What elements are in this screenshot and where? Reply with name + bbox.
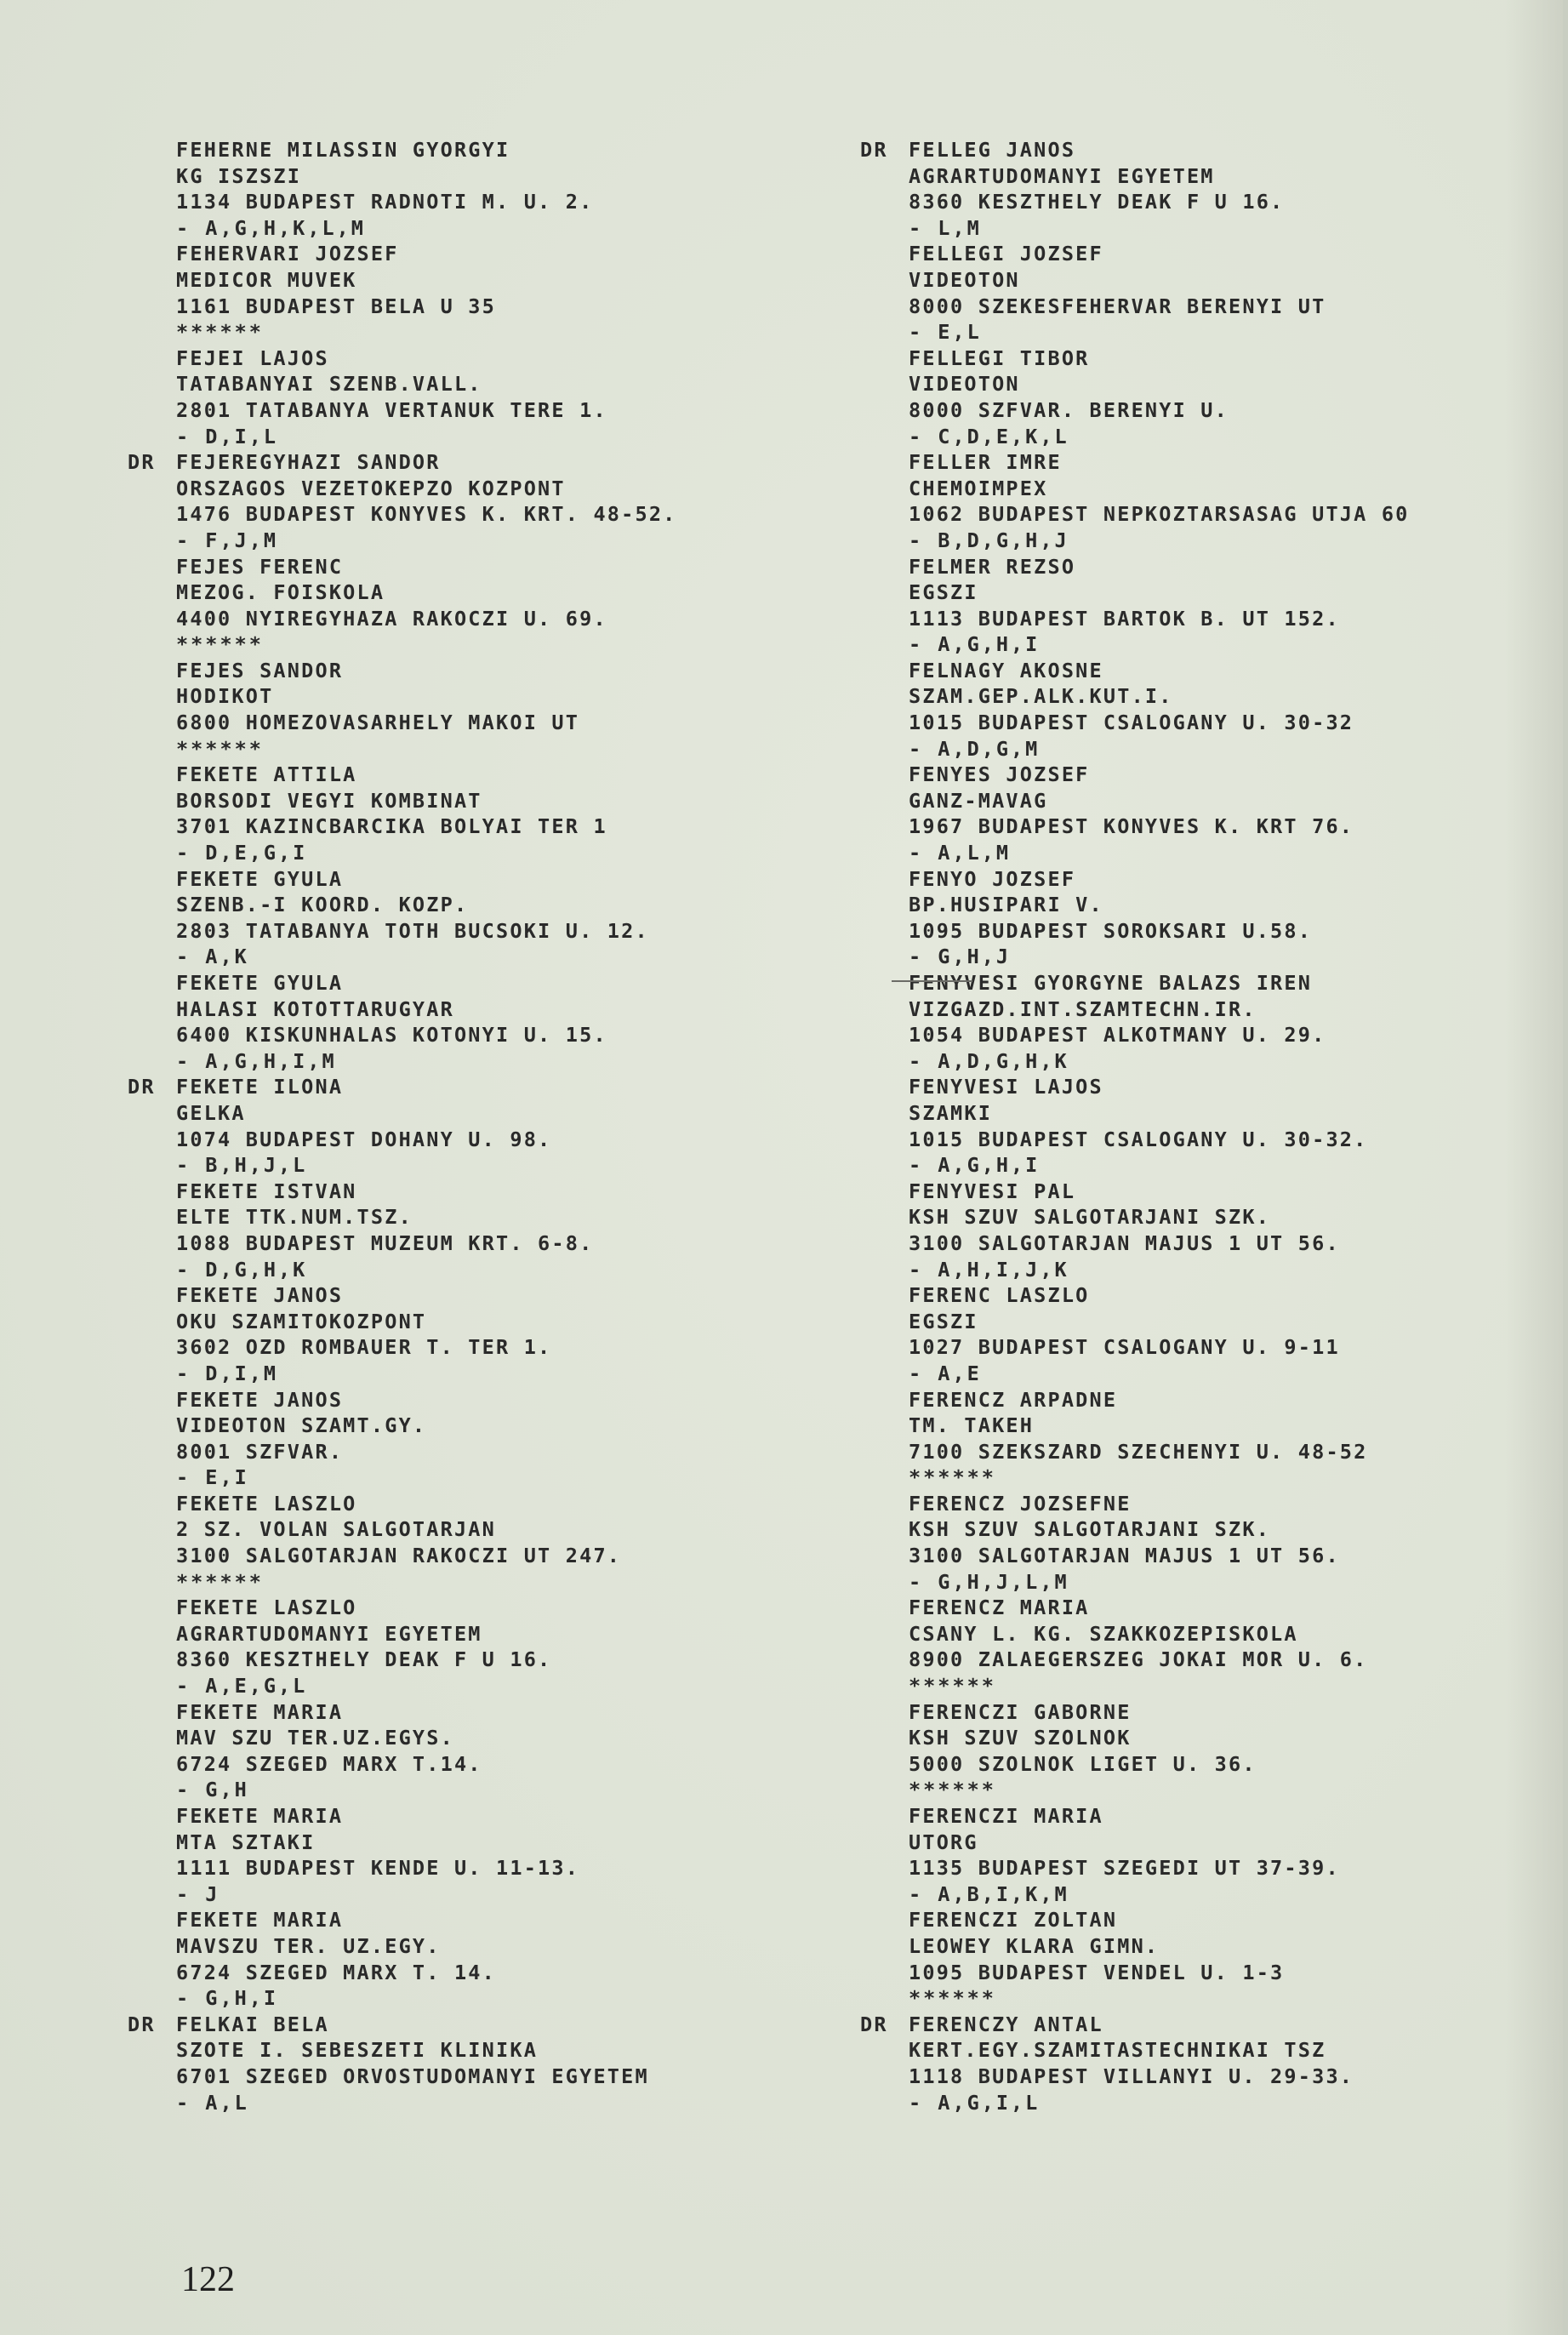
directory-entry: FEKETE LASZLO2 SZ. VOLAN SALGOTARJAN3100…: [128, 1491, 677, 1595]
entry-address: 1111 BUDAPEST KENDE U. 11-13.: [176, 1856, 579, 1880]
entry-address: 1027 BUDAPEST CSALOGANY U. 9-11: [909, 1335, 1340, 1359]
title-prefix: DR: [128, 1074, 176, 1100]
entry-line-codes: - A,B,I,K,M: [860, 1881, 1410, 1908]
entry-name: FERENCZ ARPADNE: [909, 1388, 1117, 1412]
entry-line-address: 1118 BUDAPEST VILLANYI U. 29-33.: [860, 2064, 1410, 2090]
entry-line-address: 1161 BUDAPEST BELA U 35: [128, 294, 677, 320]
entry-address: 1074 BUDAPEST DOHANY U. 98.: [176, 1128, 551, 1151]
entry-address: 1088 BUDAPEST MUZEUM KRT. 6-8.: [176, 1231, 593, 1255]
entry-codes: ******: [909, 1465, 996, 1489]
entry-codes: - A,G,H,K,L,M: [176, 216, 366, 240]
directory-entry: DRFERENCZY ANTALKERT.EGY.SZAMITASTECHNIK…: [860, 2012, 1410, 2115]
entry-line-address: 3100 SALGOTARJAN RAKOCZI UT 247.: [128, 1543, 677, 1569]
entry-name: FERENCZ MARIA: [909, 1596, 1090, 1619]
entry-line-name: FEKETE JANOS: [128, 1387, 677, 1413]
entry-line-codes: ******: [128, 736, 677, 762]
entry-organization: 2 SZ. VOLAN SALGOTARJAN: [176, 1517, 496, 1541]
entry-line-codes: - F,J,M: [128, 528, 677, 554]
entry-line-codes: - A,K: [128, 944, 677, 970]
entry-codes: - L,M: [909, 216, 982, 240]
entry-line-address: 3701 KAZINCBARCIKA BOLYAI TER 1: [128, 814, 677, 840]
entry-name: FEKETE GYULA: [176, 867, 343, 891]
entry-line-name: FENYO JOZSEF: [860, 866, 1410, 893]
directory-entry: FEKETE GYULAHALASI KOTOTTARUGYAR6400 KIS…: [128, 970, 677, 1074]
entry-codes: ******: [176, 1570, 264, 1594]
entry-line-address: 1015 BUDAPEST CSALOGANY U. 30-32.: [860, 1127, 1410, 1153]
entry-line-organization: EGSZI: [860, 579, 1410, 606]
entry-organization: MAVSZU TER. UZ.EGY.: [176, 1934, 441, 1958]
entry-organization: TATABANYAI SZENB.VALL.: [176, 372, 482, 396]
entry-name: FEKETE JANOS: [176, 1388, 343, 1412]
entry-organization: OKU SZAMITOKOZPONT: [176, 1310, 426, 1333]
entry-address: 4400 NYIREGYHAZA RAKOCZI U. 69.: [176, 607, 607, 631]
entry-line-address: 6701 SZEGED ORVOSTUDOMANYI EGYETEM: [128, 2064, 677, 2090]
entry-organization: GANZ-MAVAG: [909, 789, 1047, 813]
entry-organization: ORSZAGOS VEZETOKEPZO KOZPONT: [176, 477, 566, 500]
directory-column-left: FEHERNE MILASSIN GYORGYIKG ISZSZI1134 BU…: [128, 137, 677, 2115]
entry-organization: MAV SZU TER.UZ.EGYS.: [176, 1726, 454, 1750]
entry-organization: SZOTE I. SEBESZETI KLINIKA: [176, 2038, 538, 2062]
entry-address: 8000 SZFVAR. BERENYI U.: [909, 398, 1229, 422]
entry-organization: VIDEOTON: [909, 268, 1020, 292]
entry-line-address: 7100 SZEKSZARD SZECHENYI U. 48-52: [860, 1439, 1410, 1465]
entry-line-codes: - B,D,G,H,J: [860, 528, 1410, 554]
entry-line-address: 1027 BUDAPEST CSALOGANY U. 9-11: [860, 1334, 1410, 1361]
entry-line-organization: ORSZAGOS VEZETOKEPZO KOZPONT: [128, 476, 677, 502]
entry-address: 1135 BUDAPEST SZEGEDI UT 37-39.: [909, 1856, 1340, 1880]
entry-codes: - A,G,H,I,M: [176, 1049, 337, 1073]
entry-name: FERENC LASZLO: [909, 1283, 1090, 1307]
directory-entry: FEKETE GYULASZENB.-I KOORD. KOZP.2803 TA…: [128, 866, 677, 970]
entry-line-codes: - G,H: [128, 1777, 677, 1803]
entry-line-name: FELLEGI JOZSEF: [860, 241, 1410, 267]
title-prefix: DR: [860, 2012, 909, 2038]
directory-entry: FEKETE MARIAMAV SZU TER.UZ.EGYS.6724 SZE…: [128, 1699, 677, 1803]
entry-line-name: DRFERENCZY ANTAL: [860, 2012, 1410, 2038]
entry-line-organization: OKU SZAMITOKOZPONT: [128, 1309, 677, 1335]
entry-line-codes: - A,D,G,H,K: [860, 1048, 1410, 1075]
entry-line-codes: - A,G,H,I,M: [128, 1048, 677, 1075]
entry-line-address: 1015 BUDAPEST CSALOGANY U. 30-32: [860, 710, 1410, 736]
directory-entry: FELNAGY AKOSNESZAM.GEP.ALK.KUT.I.1015 BU…: [860, 658, 1410, 762]
entry-line-name: DRFELLEG JANOS: [860, 137, 1410, 163]
entry-organization: BORSODI VEGYI KOMBINAT: [176, 789, 482, 813]
entry-codes: - A,G,H,I: [909, 1153, 1040, 1177]
entry-organization: MEZOG. FOISKOLA: [176, 580, 385, 604]
entry-organization: KSH SZUV SALGOTARJANI SZK.: [909, 1517, 1270, 1541]
entry-address: 1062 BUDAPEST NEPKOZTARSASAG UTJA 60: [909, 502, 1410, 526]
entry-codes: - C,D,E,K,L: [909, 425, 1069, 448]
entry-name: FERENCZ JOZSEFNE: [909, 1492, 1132, 1516]
entry-address: 2801 TATABANYA VERTANUK TERE 1.: [176, 398, 607, 422]
directory-entry: FERENCZ ARPADNETM. TAKEH7100 SZEKSZARD S…: [860, 1387, 1410, 1491]
entry-line-name: FENYVESI GYORGYNE BALAZS IREN: [860, 970, 1410, 996]
entry-line-name: FEHERNE MILASSIN GYORGYI: [128, 137, 677, 163]
entry-address: 1476 BUDAPEST KONYVES K. KRT. 48-52.: [176, 502, 677, 526]
entry-codes: - D,G,H,K: [176, 1258, 307, 1282]
directory-entry: FENYVESI GYORGYNE BALAZS IRENVIZGAZD.INT…: [860, 970, 1410, 1074]
entry-organization: SZAM.GEP.ALK.KUT.I.: [909, 684, 1173, 708]
entry-codes: - F,J,M: [176, 528, 278, 552]
entry-address: 1015 BUDAPEST CSALOGANY U. 30-32: [909, 711, 1354, 734]
entry-address: 5000 SZOLNOK LIGET U. 36.: [909, 1752, 1257, 1776]
entry-line-address: 1111 BUDAPEST KENDE U. 11-13.: [128, 1855, 677, 1881]
entry-line-name: DRFEJEREGYHAZI SANDOR: [128, 449, 677, 476]
entry-name: FEKETE ILONA: [176, 1075, 343, 1099]
entry-line-name: FEKETE LASZLO: [128, 1595, 677, 1621]
entry-address: 7100 SZEKSZARD SZECHENYI U. 48-52: [909, 1440, 1368, 1464]
entry-line-organization: KSH SZUV SALGOTARJANI SZK.: [860, 1516, 1410, 1543]
entry-line-organization: MAVSZU TER. UZ.EGY.: [128, 1933, 677, 1960]
entry-line-address: 1088 BUDAPEST MUZEUM KRT. 6-8.: [128, 1230, 677, 1257]
entry-line-organization: LEOWEY KLARA GIMN.: [860, 1933, 1410, 1960]
entry-organization: HODIKOT: [176, 684, 273, 708]
entry-address: 1161 BUDAPEST BELA U 35: [176, 294, 496, 318]
entry-name: FEKETE LASZLO: [176, 1596, 357, 1619]
entry-line-name: FENYVESI PAL: [860, 1179, 1410, 1205]
entry-organization: AGRARTUDOMANYI EGYETEM: [176, 1622, 482, 1646]
entry-line-codes: - A,E: [860, 1361, 1410, 1387]
entry-line-organization: VIDEOTON SZAMT.GY.: [128, 1413, 677, 1439]
entry-organization: TM. TAKEH: [909, 1413, 1034, 1437]
entry-line-address: 1134 BUDAPEST RADNOTI M. U. 2.: [128, 189, 677, 215]
entry-line-address: 6800 HOMEZOVASARHELY MAKOI UT: [128, 710, 677, 736]
entry-codes: - A,L,M: [909, 841, 1011, 865]
entry-name: FERENCZI ZOLTAN: [909, 1908, 1117, 1932]
entry-line-organization: KG ISZSZI: [128, 163, 677, 190]
entry-line-organization: VIZGAZD.INT.SZAMTECHN.IR.: [860, 996, 1410, 1023]
title-prefix: DR: [128, 449, 176, 476]
entry-line-name: FELNAGY AKOSNE: [860, 658, 1410, 684]
entry-organization: EGSZI: [909, 1310, 978, 1333]
entry-line-codes: ******: [860, 1464, 1410, 1491]
entry-line-address: 2801 TATABANYA VERTANUK TERE 1.: [128, 397, 677, 424]
directory-entry: FERENCZI ZOLTANLEOWEY KLARA GIMN.1095 BU…: [860, 1907, 1410, 2011]
entry-line-codes: - B,H,J,L: [128, 1152, 677, 1179]
entry-line-name: FENYES JOZSEF: [860, 762, 1410, 788]
entry-name: FELLER IMRE: [909, 450, 1062, 474]
entry-name: FELNAGY AKOSNE: [909, 659, 1103, 682]
entry-line-name: FEKETE ATTILA: [128, 762, 677, 788]
entry-line-organization: KSH SZUV SZOLNOK: [860, 1725, 1410, 1751]
entry-organization: SZAMKI: [909, 1101, 992, 1125]
entry-line-address: 4400 NYIREGYHAZA RAKOCZI U. 69.: [128, 606, 677, 632]
entry-address: 2803 TATABANYA TOTH BUCSOKI U. 12.: [176, 919, 649, 943]
directory-entry: FEHERNE MILASSIN GYORGYIKG ISZSZI1134 BU…: [128, 137, 677, 241]
entry-organization: BP.HUSIPARI V.: [909, 893, 1103, 916]
entry-name: FEKETE MARIA: [176, 1804, 343, 1828]
entry-organization: MTA SZTAKI: [176, 1830, 315, 1854]
entry-codes: - G,H: [176, 1778, 249, 1801]
entry-line-codes: - A,G,I,L: [860, 2090, 1410, 2116]
entry-address: 3100 SALGOTARJAN MAJUS 1 UT 56.: [909, 1231, 1340, 1255]
entry-line-organization: SZENB.-I KOORD. KOZP.: [128, 892, 677, 918]
entry-line-organization: AGRARTUDOMANYI EGYETEM: [860, 163, 1410, 190]
entry-line-address: 1074 BUDAPEST DOHANY U. 98.: [128, 1127, 677, 1153]
entry-codes: - J: [176, 1882, 220, 1906]
directory-entry: FELLER IMRECHEMOIMPEX1062 BUDAPEST NEPKO…: [860, 449, 1410, 553]
entry-line-name: FERENC LASZLO: [860, 1282, 1410, 1309]
entry-line-organization: HODIKOT: [128, 683, 677, 710]
entry-codes: - A,H,I,J,K: [909, 1258, 1069, 1282]
entry-address: 8001 SZFVAR.: [176, 1440, 343, 1464]
entry-line-codes: - G,H,J: [860, 944, 1410, 970]
entry-line-organization: KERT.EGY.SZAMITASTECHNIKAI TSZ: [860, 2037, 1410, 2064]
directory-entry: FEJES SANDORHODIKOT6800 HOMEZOVASARHELY …: [128, 658, 677, 762]
directory-entry: FELLEGI TIBORVIDEOTON8000 SZFVAR. BERENY…: [860, 345, 1410, 449]
entry-codes: - A,E: [909, 1362, 982, 1385]
entry-line-address: 8000 SZFVAR. BERENYI U.: [860, 397, 1410, 424]
entry-address: 6800 HOMEZOVASARHELY MAKOI UT: [176, 711, 579, 734]
entry-line-address: 6400 KISKUNHALAS KOTONYI U. 15.: [128, 1022, 677, 1048]
entry-line-organization: ELTE TTK.NUM.TSZ.: [128, 1204, 677, 1230]
entry-line-organization: MTA SZTAKI: [128, 1830, 677, 1856]
directory-entry: FERENCZI MARIAUTORG1135 BUDAPEST SZEGEDI…: [860, 1803, 1410, 1907]
entry-codes: - A,G,I,L: [909, 2091, 1040, 2115]
entry-line-organization: CSANY L. KG. SZAKKOZEPISKOLA: [860, 1621, 1410, 1647]
entry-line-codes: - J: [128, 1881, 677, 1908]
entry-name: FENYVESI LAJOS: [909, 1075, 1103, 1099]
entry-name: FELLEGI TIBOR: [909, 346, 1090, 370]
entry-codes: - A,G,H,I: [909, 632, 1040, 656]
entry-codes: ******: [909, 1674, 996, 1698]
entry-name: FEKETE MARIA: [176, 1700, 343, 1724]
entry-line-address: 8360 KESZTHELY DEAK F U 16.: [128, 1647, 677, 1673]
entry-line-address: 1054 BUDAPEST ALKOTMANY U. 29.: [860, 1022, 1410, 1048]
entry-line-address: 5000 SZOLNOK LIGET U. 36.: [860, 1751, 1410, 1778]
entry-codes: - G,H,I: [176, 1986, 278, 2010]
directory-entry: DRFEKETE ILONAGELKA1074 BUDAPEST DOHANY …: [128, 1074, 677, 1178]
entry-address: 1095 BUDAPEST SOROKSARI U.58.: [909, 919, 1312, 943]
entry-line-organization: GELKA: [128, 1100, 677, 1127]
entry-organization: ELTE TTK.NUM.TSZ.: [176, 1205, 413, 1229]
entry-address: 3602 OZD ROMBAUER T. TER 1.: [176, 1335, 551, 1359]
directory-entry: FEKETE MARIAMTA SZTAKI1111 BUDAPEST KEND…: [128, 1803, 677, 1907]
directory-entry: FEKETE ATTILABORSODI VEGYI KOMBINAT3701 …: [128, 762, 677, 865]
entry-codes: - A,D,G,H,K: [909, 1049, 1069, 1073]
entry-name: FENYES JOZSEF: [909, 762, 1090, 786]
entry-codes: - G,H,J,L,M: [909, 1570, 1069, 1594]
entry-line-organization: AGRARTUDOMANYI EGYETEM: [128, 1621, 677, 1647]
entry-name: FELLEGI JOZSEF: [909, 242, 1103, 265]
entry-line-organization: BP.HUSIPARI V.: [860, 892, 1410, 918]
entry-codes: - A,K: [176, 945, 249, 968]
entry-organization: UTORG: [909, 1830, 978, 1854]
entry-line-codes: - A,H,I,J,K: [860, 1257, 1410, 1283]
entry-line-address: 6724 SZEGED MARX T.14.: [128, 1751, 677, 1778]
entry-line-name: DRFEKETE ILONA: [128, 1074, 677, 1100]
entry-line-codes: ******: [128, 631, 677, 658]
entry-organization: SZENB.-I KOORD. KOZP.: [176, 893, 468, 916]
entry-line-codes: - A,G,H,I: [860, 1152, 1410, 1179]
entry-line-name: FEKETE MARIA: [128, 1907, 677, 1933]
entry-line-address: 8900 ZALAEGERSZEG JOKAI MOR U. 6.: [860, 1647, 1410, 1673]
entry-codes: - A,D,G,M: [909, 737, 1040, 761]
entry-line-name: FEHERVARI JOZSEF: [128, 241, 677, 267]
entry-codes: ******: [909, 1778, 996, 1801]
entry-organization: GELKA: [176, 1101, 246, 1125]
directory-entry: DRFEJEREGYHAZI SANDORORSZAGOS VEZETOKEPZ…: [128, 449, 677, 553]
entry-name: FENYVESI PAL: [909, 1179, 1075, 1203]
entry-address: 1134 BUDAPEST RADNOTI M. U. 2.: [176, 190, 593, 214]
page-edge-shadow: [1563, 0, 1568, 2335]
entry-line-organization: GANZ-MAVAG: [860, 788, 1410, 814]
directory-entry: FERENC LASZLOEGSZI1027 BUDAPEST CSALOGAN…: [860, 1282, 1410, 1386]
entry-codes: - A,L: [176, 2091, 249, 2115]
entry-line-name: FERENCZ ARPADNE: [860, 1387, 1410, 1413]
entry-line-address: 3100 SALGOTARJAN MAJUS 1 UT 56.: [860, 1543, 1410, 1569]
entry-address: 1095 BUDAPEST VENDEL U. 1-3: [909, 1961, 1284, 1984]
entry-line-codes: - D,E,G,I: [128, 840, 677, 866]
entry-line-organization: 2 SZ. VOLAN SALGOTARJAN: [128, 1516, 677, 1543]
entry-line-codes: - A,G,H,I: [860, 631, 1410, 658]
directory-entry: FERENCZ JOZSEFNEKSH SZUV SALGOTARJANI SZ…: [860, 1491, 1410, 1595]
entry-line-name: FEKETE MARIA: [128, 1699, 677, 1726]
entry-organization: VIZGAZD.INT.SZAMTECHN.IR.: [909, 997, 1257, 1021]
entry-line-address: 3100 SALGOTARJAN MAJUS 1 UT 56.: [860, 1230, 1410, 1257]
entry-line-name: FERENCZI GABORNE: [860, 1699, 1410, 1726]
entry-line-address: 8360 KESZTHELY DEAK F U 16.: [860, 189, 1410, 215]
entry-codes: - E,I: [176, 1465, 249, 1489]
entry-address: 3701 KAZINCBARCIKA BOLYAI TER 1: [176, 814, 607, 838]
pen-underline-mark: [892, 980, 972, 982]
entry-address: 6724 SZEGED MARX T. 14.: [176, 1961, 496, 1984]
entry-codes: ******: [176, 320, 264, 344]
entry-organization: KERT.EGY.SZAMITASTECHNIKAI TSZ: [909, 2038, 1326, 2062]
entry-address: 8360 KESZTHELY DEAK F U 16.: [909, 190, 1284, 214]
entry-name: FEHERVARI JOZSEF: [176, 242, 399, 265]
entry-line-address: 6724 SZEGED MARX T. 14.: [128, 1960, 677, 1986]
entry-line-codes: - C,D,E,K,L: [860, 424, 1410, 450]
entry-organization: KSH SZUV SZOLNOK: [909, 1726, 1132, 1750]
entry-line-organization: SZAM.GEP.ALK.KUT.I.: [860, 683, 1410, 710]
entry-address: 1054 BUDAPEST ALKOTMANY U. 29.: [909, 1023, 1326, 1047]
directory-entry: FERENCZ MARIACSANY L. KG. SZAKKOZEPISKOL…: [860, 1595, 1410, 1698]
entry-line-codes: - A,E,G,L: [128, 1673, 677, 1699]
directory-entry: DRFELLEG JANOSAGRARTUDOMANYI EGYETEM8360…: [860, 137, 1410, 241]
entry-name: FEKETE ISTVAN: [176, 1179, 357, 1203]
entry-organization: KSH SZUV SALGOTARJANI SZK.: [909, 1205, 1270, 1229]
entry-address: 1113 BUDAPEST BARTOK B. UT 152.: [909, 607, 1340, 631]
entry-line-name: DRFELKAI BELA: [128, 2012, 677, 2038]
entry-line-name: FELLER IMRE: [860, 449, 1410, 476]
entry-line-codes: ******: [128, 319, 677, 345]
entry-codes: ******: [176, 737, 264, 761]
entry-line-codes: - A,G,H,K,L,M: [128, 215, 677, 242]
entry-line-name: FEJEI LAJOS: [128, 345, 677, 372]
entry-address: 6701 SZEGED ORVOSTUDOMANYI EGYETEM: [176, 2064, 649, 2088]
entry-codes: ******: [909, 1986, 996, 2010]
entry-line-codes: - E,I: [128, 1464, 677, 1491]
entry-line-address: 1095 BUDAPEST VENDEL U. 1-3: [860, 1960, 1410, 1986]
entry-line-organization: HALASI KOTOTTARUGYAR: [128, 996, 677, 1023]
entry-line-codes: - E,L: [860, 319, 1410, 345]
entry-codes: - D,E,G,I: [176, 841, 307, 865]
entry-organization: KG ISZSZI: [176, 164, 301, 188]
entry-name: FEKETE LASZLO: [176, 1492, 357, 1516]
entry-line-codes: - G,H,I: [128, 1985, 677, 2012]
entry-line-address: 1113 BUDAPEST BARTOK B. UT 152.: [860, 606, 1410, 632]
entry-name: FERENCZI GABORNE: [909, 1700, 1132, 1724]
entry-address: 6724 SZEGED MARX T.14.: [176, 1752, 482, 1776]
entry-address: 3100 SALGOTARJAN MAJUS 1 UT 56.: [909, 1544, 1340, 1567]
entry-line-address: 3602 OZD ROMBAUER T. TER 1.: [128, 1334, 677, 1361]
entry-line-organization: MEDICOR MUVEK: [128, 267, 677, 294]
entry-line-name: FERENCZI MARIA: [860, 1803, 1410, 1830]
entry-line-name: FEJES SANDOR: [128, 658, 677, 684]
entry-line-organization: SZAMKI: [860, 1100, 1410, 1127]
entry-name: FERENCZY ANTAL: [909, 2012, 1103, 2036]
entry-line-codes: - A,L,M: [860, 840, 1410, 866]
directory-entry: FEKETE JANOSOKU SZAMITOKOZPONT3602 OZD R…: [128, 1282, 677, 1386]
entry-name: FERENCZI MARIA: [909, 1804, 1103, 1828]
entry-line-address: 1095 BUDAPEST SOROKSARI U.58.: [860, 918, 1410, 945]
entry-line-organization: UTORG: [860, 1830, 1410, 1856]
directory-entry: FEKETE JANOSVIDEOTON SZAMT.GY.8001 SZFVA…: [128, 1387, 677, 1491]
entry-line-organization: BORSODI VEGYI KOMBINAT: [128, 788, 677, 814]
entry-line-codes: - D,I,M: [128, 1361, 677, 1387]
entry-line-codes: ******: [860, 1985, 1410, 2012]
entry-line-organization: VIDEOTON: [860, 371, 1410, 397]
entry-line-organization: CHEMOIMPEX: [860, 476, 1410, 502]
directory-entry: FEKETE MARIAMAVSZU TER. UZ.EGY.6724 SZEG…: [128, 1907, 677, 2011]
entry-line-name: FERENCZ JOZSEFNE: [860, 1491, 1410, 1517]
entry-line-organization: EGSZI: [860, 1309, 1410, 1335]
entry-line-address: 1476 BUDAPEST KONYVES K. KRT. 48-52.: [128, 501, 677, 528]
entry-line-address: 8000 SZEKESFEHERVAR BERENYI UT: [860, 294, 1410, 320]
entry-organization: VIDEOTON: [909, 372, 1020, 396]
entry-line-name: FERENCZI ZOLTAN: [860, 1907, 1410, 1933]
directory-entry: FENYO JOZSEFBP.HUSIPARI V.1095 BUDAPEST …: [860, 866, 1410, 970]
entry-codes: - A,B,I,K,M: [909, 1882, 1069, 1906]
entry-name: FENYO JOZSEF: [909, 867, 1075, 891]
entry-organization: EGSZI: [909, 580, 978, 604]
directory-entry: DRFELKAI BELASZOTE I. SEBESZETI KLINIKA6…: [128, 2012, 677, 2115]
directory-entry: FEKETE LASZLOAGRARTUDOMANYI EGYETEM8360 …: [128, 1595, 677, 1698]
entry-line-address: 1967 BUDAPEST KONYVES K. KRT 76.: [860, 814, 1410, 840]
entry-codes: - B,D,G,H,J: [909, 528, 1069, 552]
entry-line-codes: - A,L: [128, 2090, 677, 2116]
entry-organization: VIDEOTON SZAMT.GY.: [176, 1413, 426, 1437]
entry-line-codes: - L,M: [860, 215, 1410, 242]
entry-codes: - A,E,G,L: [176, 1674, 307, 1698]
entry-codes: ******: [176, 632, 264, 656]
directory-entry: FENYVESI PALKSH SZUV SALGOTARJANI SZK.31…: [860, 1179, 1410, 1282]
entry-address: 1015 BUDAPEST CSALOGANY U. 30-32.: [909, 1128, 1368, 1151]
entry-address: 1967 BUDAPEST KONYVES K. KRT 76.: [909, 814, 1354, 838]
entry-line-codes: - A,D,G,M: [860, 736, 1410, 762]
entry-address: 8360 KESZTHELY DEAK F U 16.: [176, 1647, 551, 1671]
entry-line-name: FELMER REZSO: [860, 554, 1410, 580]
entry-line-codes: ******: [128, 1569, 677, 1596]
entry-line-name: FEKETE JANOS: [128, 1282, 677, 1309]
entry-name: FEKETE ATTILA: [176, 762, 357, 786]
entry-name: FEHERNE MILASSIN GYORGYI: [176, 138, 510, 162]
entry-codes: - D,I,L: [176, 425, 278, 448]
entry-address: 1118 BUDAPEST VILLANYI U. 29-33.: [909, 2064, 1354, 2088]
entry-line-organization: MEZOG. FOISKOLA: [128, 579, 677, 606]
entry-line-organization: TM. TAKEH: [860, 1413, 1410, 1439]
entry-name: FEKETE GYULA: [176, 971, 343, 995]
entry-line-address: 1135 BUDAPEST SZEGEDI UT 37-39.: [860, 1855, 1410, 1881]
entry-organization: LEOWEY KLARA GIMN.: [909, 1934, 1159, 1958]
entry-organization: AGRARTUDOMANYI EGYETEM: [909, 164, 1215, 188]
directory-entry: FEHERVARI JOZSEFMEDICOR MUVEK1161 BUDAPE…: [128, 241, 677, 345]
entry-line-codes: - D,G,H,K: [128, 1257, 677, 1283]
entry-name: FELLEG JANOS: [909, 138, 1075, 162]
entry-name: FEJES FERENC: [176, 555, 343, 579]
entry-name: FEJEREGYHAZI SANDOR: [176, 450, 441, 474]
